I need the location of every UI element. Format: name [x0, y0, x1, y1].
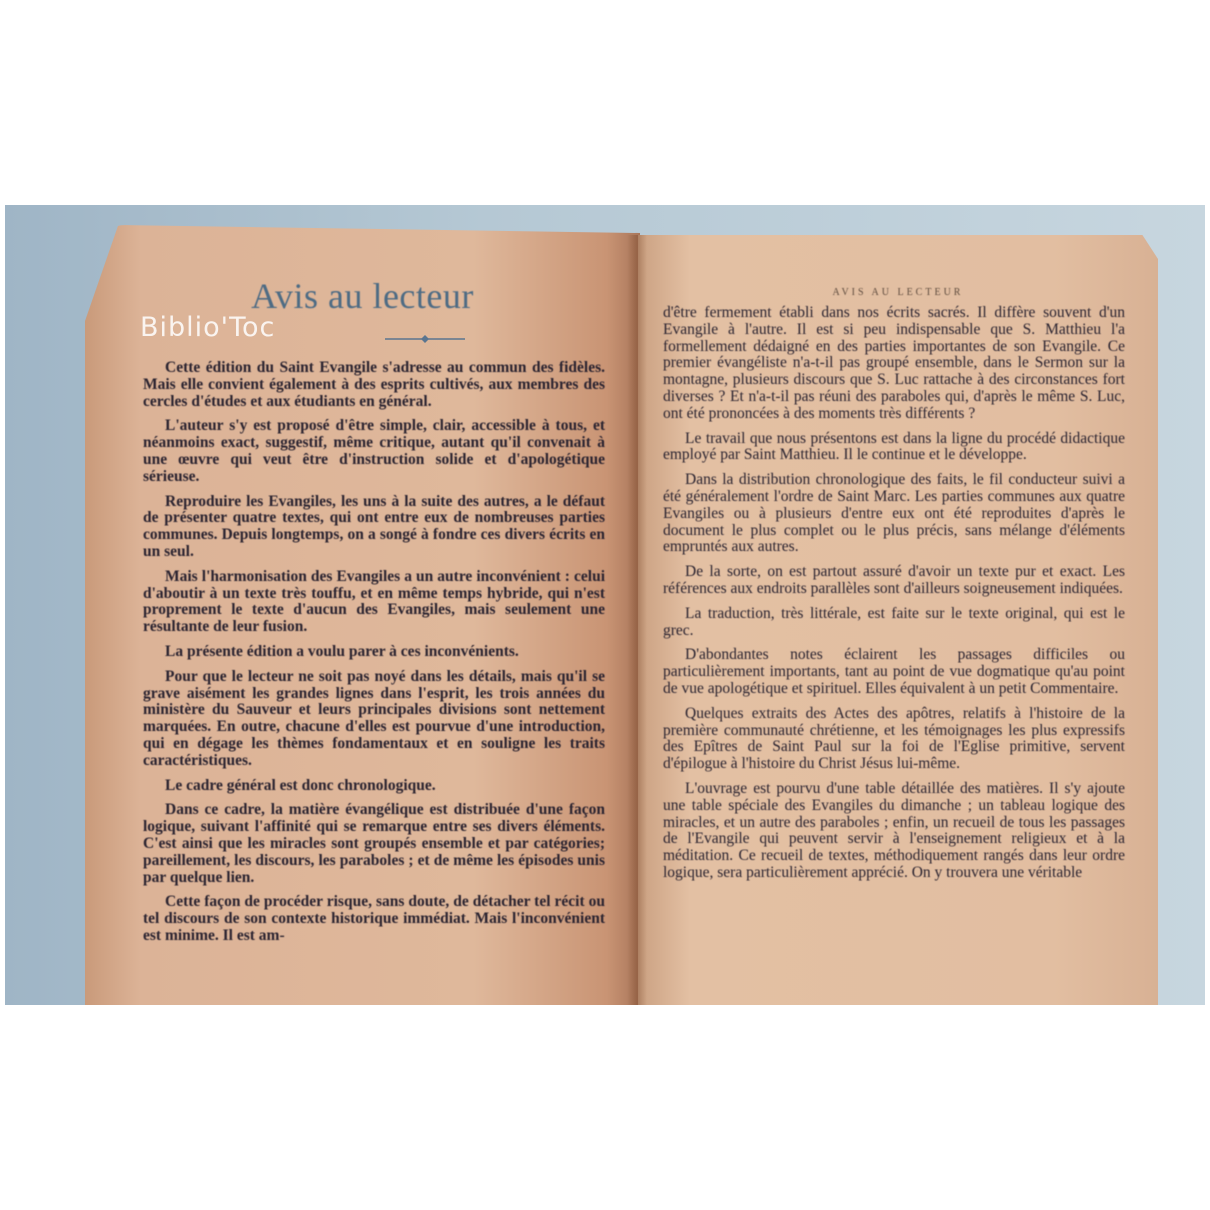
- right-page-text: d'être fermement établi dans nos écrits …: [663, 305, 1125, 890]
- paragraph: Reproduire les Evangiles, les uns à la s…: [143, 494, 605, 561]
- paragraph: Dans ce cadre, la matière évangélique es…: [143, 802, 605, 886]
- paragraph: Quelques extraits des Actes des apôtres,…: [663, 706, 1125, 773]
- left-page-text: Cette édition du Saint Evangile s'adress…: [143, 360, 605, 953]
- paragraph: Le cadre général est donc chronologique.: [143, 778, 605, 795]
- paragraph: Cette édition du Saint Evangile s'adress…: [143, 360, 605, 410]
- paragraph: De la sorte, on est partout assuré d'avo…: [663, 564, 1125, 598]
- watermark-logo: Biblio'Toc: [140, 312, 275, 343]
- paragraph: L'ouvrage est pourvu d'une table détaill…: [663, 781, 1125, 882]
- paragraph: Cette façon de procéder risque, sans dou…: [143, 894, 605, 944]
- paragraph: Pour que le lecteur ne soit pas noyé dan…: [143, 669, 605, 770]
- paragraph: d'être fermement établi dans nos écrits …: [663, 305, 1125, 423]
- book-gutter: [627, 235, 647, 1005]
- right-page: AVIS AU LECTEUR d'être fermement établi …: [638, 235, 1158, 1005]
- paragraph: Dans la distribution chronologique des f…: [663, 472, 1125, 556]
- paragraph: La présente édition a voulu parer à ces …: [143, 644, 605, 661]
- paragraph: Le travail que nous présentons est dans …: [663, 431, 1125, 465]
- paragraph: D'abondantes notes éclairent les passage…: [663, 647, 1125, 697]
- page-title: Avis au lecteur: [85, 275, 640, 317]
- paragraph: L'auteur s'y est proposé d'être simple, …: [143, 418, 605, 485]
- running-head: AVIS AU LECTEUR: [638, 287, 1158, 298]
- ornament-divider-icon: [385, 335, 465, 343]
- paragraph: Mais l'harmonisation des Evangiles a un …: [143, 569, 605, 636]
- paragraph: La traduction, très littérale, est faite…: [663, 606, 1125, 640]
